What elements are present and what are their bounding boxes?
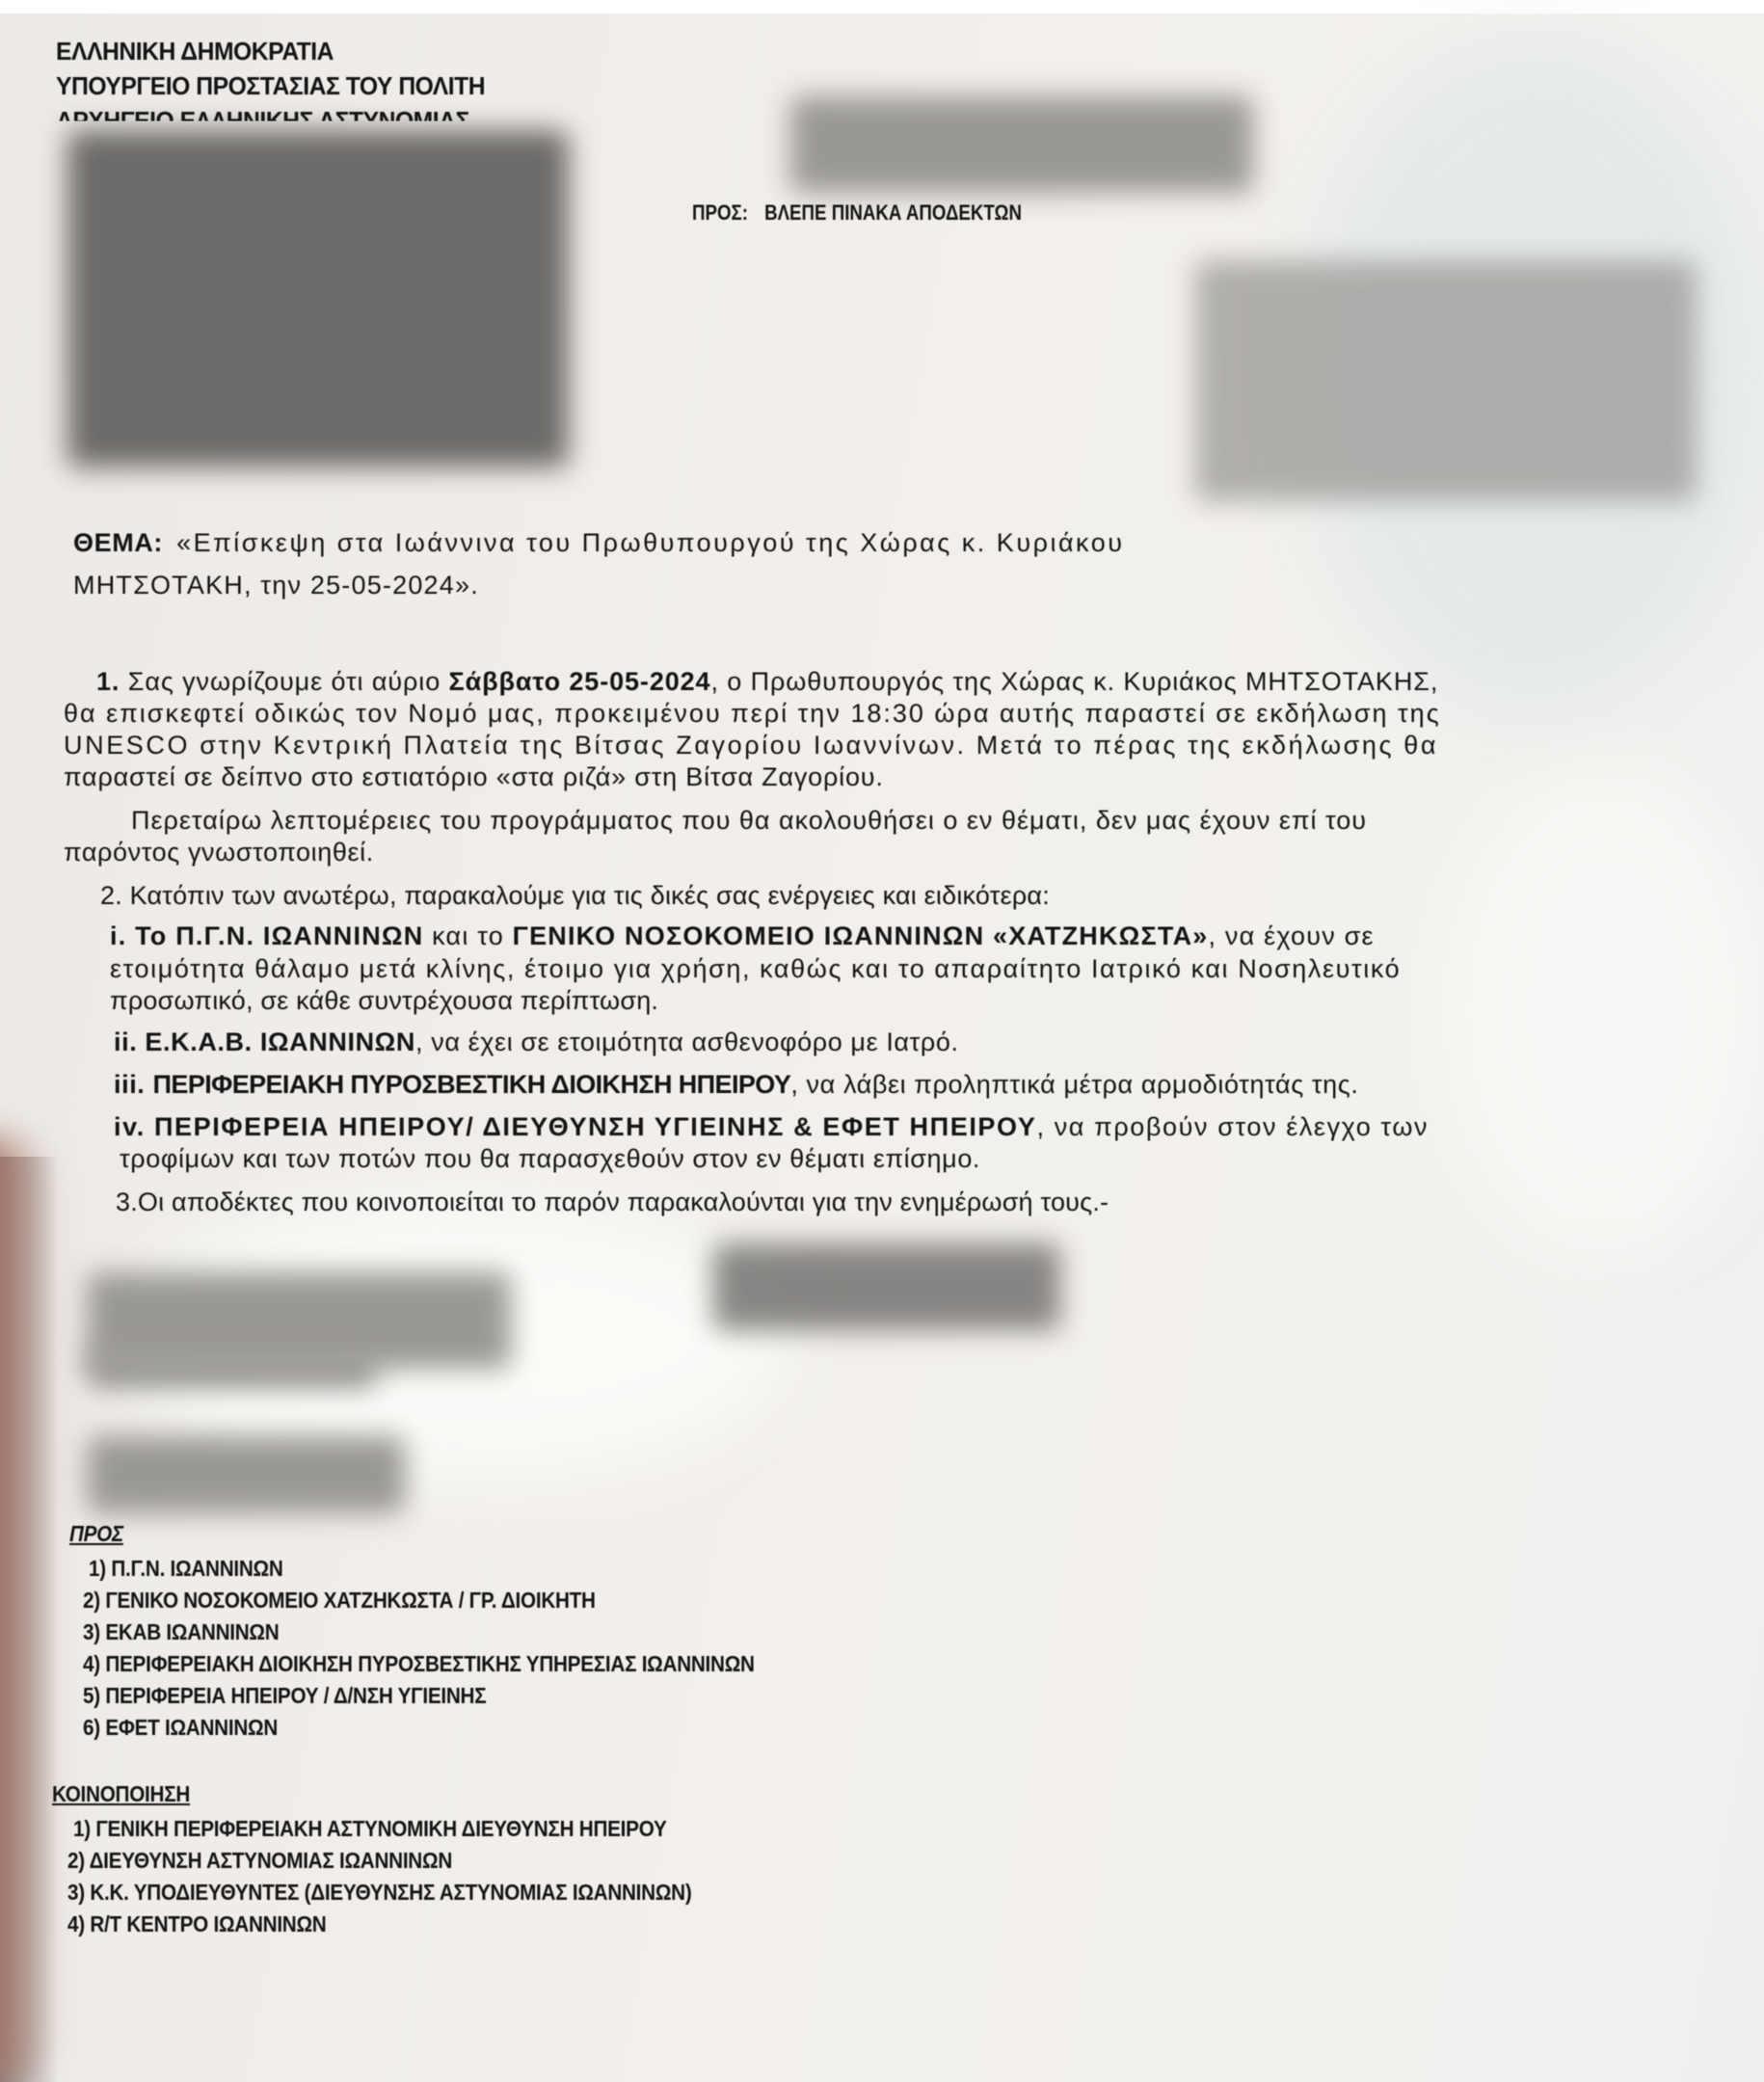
recipients-ref: ΠΡΟΣ: ΒΛΕΠΕ ΠΙΝΑΚΑ ΑΠΟΔΕΚΤΩΝ (692, 200, 1022, 226)
redacted-sender-block (67, 130, 569, 467)
item-ii: ii. Ε.Κ.Α.Β. ΙΩΑΝΝΙΝΩΝ, να έχει σε ετοιμ… (114, 1028, 959, 1057)
recipients-ref-label: ΠΡΟΣ: (692, 200, 748, 225)
cc-list-item: 4) R/T ΚΕΝΤΡΟ ΙΩΑΝΝΙΝΩΝ (67, 1911, 326, 1937)
para1-date: Σάββατο 25-05-2024 (449, 667, 711, 696)
para1-line-2: θα επισκεφτεί οδικώς τον Νομό μας, προκε… (64, 699, 1441, 729)
redacted-stamp (1195, 260, 1697, 501)
redacted-signature-left-2 (87, 1349, 376, 1388)
cc-list-item: 1) ΓΕΝΙΚΗ ΠΕΡΙΦΕΡΕΙΑΚΗ ΑΣΤΥΝΟΜΙΚΗ ΔΙΕΥΘΥ… (73, 1816, 667, 1842)
para1-text: Σας γνωρίζουμε ότι αύριο (128, 667, 449, 696)
redacted-signature-center (713, 1243, 1060, 1330)
subject-line-1: ΘΕΜΑ: «Επίσκεψη στα Ιωάννινα του Πρωθυπο… (73, 528, 1125, 558)
para1-line-3: UNESCO στην Κεντρική Πλατεία της Βίτσας … (64, 731, 1438, 761)
finger (0, 1137, 48, 2082)
item-ii-org: Ε.Κ.Α.Β. ΙΩΑΝΝΙΝΩΝ (145, 1028, 415, 1056)
para1-line-5: Περεταίρω λεπτομέρειες του προγράμματος … (131, 806, 1367, 836)
letterhead-line-2: ΥΠΟΥΡΓΕΙΟ ΠΡΟΣΤΑΣΙΑΣ ΤΟΥ ΠΟΛΙΤΗ (56, 71, 485, 101)
recipients-ref-value: ΒΛΕΠΕ ΠΙΝΑΚΑ ΑΠΟΔΕΚΤΩΝ (764, 200, 1022, 225)
to-list-item: 2) ΓΕΝΙΚΟ ΝΟΣΟΚΟΜΕΙΟ ΧΑΤΖΗΚΩΣΤΑ / ΓΡ. ΔΙ… (83, 1588, 596, 1614)
item-ii-text: , να έχει σε ετοιμότητα ασθενοφόρο με Ια… (415, 1028, 959, 1056)
item-iv-line-2: τροφίμων και των ποτών που θα παρασχεθού… (120, 1144, 980, 1174)
to-list-item: 6) ΕΦΕΤ ΙΩΑΝΝΙΝΩΝ (83, 1715, 278, 1741)
item-i-text: και το (423, 921, 512, 950)
to-list-item: 3) ΕΚΑΒ ΙΩΑΝΝΙΝΩΝ (83, 1619, 279, 1645)
item-iv-number: iv. (114, 1112, 146, 1141)
item-i-number: i. (110, 921, 126, 950)
para1-line-4: παραστεί σε δείπνο στο εστιατόριο «στα ρ… (64, 762, 884, 792)
redacted-date-block (790, 96, 1253, 193)
cc-list-title: ΚΟΙΝΟΠΟΙΗΣΗ (52, 1781, 190, 1807)
item-ii-number: ii. (114, 1028, 137, 1056)
item-i-line-2: ετοιμότητα θάλαμο μετά κλίνης, έτοιμο γι… (110, 954, 1401, 984)
cc-list-item: 2) ΔΙΕΥΘΥΝΣΗ ΑΣΤΥΝΟΜΙΑΣ ΙΩΑΝΝΙΝΩΝ (67, 1848, 452, 1874)
para1-line-6: παρόντος γνωστοποιηθεί. (64, 838, 374, 867)
para2-intro: 2. Κατόπιν των ανωτέρω, παρακαλούμε για … (100, 881, 1050, 911)
item-i-org-2: ΓΕΝΙΚΟ ΝΟΣΟΚΟΜΕΙΟ ΙΩΑΝΝΙΝΩΝ «ΧΑΤΖΗΚΩΣΤΑ» (513, 921, 1209, 950)
light-reflection (1446, 771, 1764, 1253)
item-iv-text: , να προβούν στον έλεγχο των (1037, 1112, 1430, 1141)
to-list-item: 4) ΠΕΡΙΦΕΡΕΙΑΚΗ ΔΙΟΙΚΗΣΗ ΠΥΡΟΣΒΕΣΤΙΚΗΣ Υ… (83, 1651, 755, 1677)
para1-text: , ο Πρωθυπουργός της Χώρας κ. Κυριάκος Μ… (710, 667, 1438, 696)
item-iv-line-1: iv. ΠΕΡΙΦΕΡΕΙΑ ΗΠΕΙΡΟΥ/ ΔΙΕΥΘΥΝΣΗ ΥΓΙΕΙΝ… (114, 1112, 1429, 1142)
item-i-org-1: Το Π.Γ.Ν. ΙΩΑΝΝΙΝΩΝ (135, 921, 423, 950)
to-list-item: 1) Π.Γ.Ν. ΙΩΑΝΝΙΝΩΝ (89, 1556, 283, 1582)
item-iii-org: ΠΕΡΙΦΕΡΕΙΑΚΗ ΠΥΡΟΣΒΕΣΤΙΚΗ ΔΙΟΙΚΗΣΗ ΗΠΕΙΡ… (153, 1070, 791, 1099)
redacted-signature-left-3 (87, 1436, 405, 1513)
para1-number: 1. (96, 667, 120, 696)
item-i-line-1: i. Το Π.Γ.Ν. ΙΩΑΝΝΙΝΩΝ και το ΓΕΝΙΚΟ ΝΟΣ… (110, 921, 1375, 951)
item-iii-text: , να λάβει προληπτικά μέτρα αρμοδιότητάς… (790, 1070, 1358, 1099)
item-i-line-3: προσωπικό, σε κάθε συντρέχουσα περίπτωση… (110, 986, 658, 1016)
item-iii: iii. ΠΕΡΙΦΕΡΕΙΑΚΗ ΠΥΡΟΣΒΕΣΤΙΚΗ ΔΙΟΙΚΗΣΗ … (114, 1070, 1359, 1100)
subject-text-1: «Επίσκεψη στα Ιωάννινα του Πρωθυπουργού … (176, 528, 1124, 557)
cc-list-item: 3) Κ.Κ. ΥΠΟΔΙΕΥΘΥΝΤΕΣ (ΔΙΕΥΘΥΝΣΗΣ ΑΣΤΥΝΟ… (67, 1880, 691, 1906)
item-iii-number: iii. (114, 1070, 145, 1099)
subject-line-2: ΜΗΤΣΟΤΑΚΗ, την 25-05-2024». (73, 571, 479, 601)
item-iv-org: ΠΕΡΙΦΕΡΕΙΑ ΗΠΕΙΡΟΥ/ ΔΙΕΥΘΥΝΣΗ ΥΓΙΕΙΝΗΣ &… (154, 1112, 1037, 1141)
subject-label: ΘΕΜΑ: (73, 528, 163, 557)
para3: 3.Οι αποδέκτες που κοινοποιείται το παρό… (116, 1188, 1109, 1217)
to-list-title: ΠΡΟΣ (69, 1521, 123, 1547)
para1-line-1: 1. Σας γνωρίζουμε ότι αύριο Σάββατο 25-0… (96, 667, 1438, 697)
top-edge (0, 0, 1764, 13)
letterhead-line-1: ΕΛΛΗΝΙΚΗ ΔΗΜΟΚΡΑΤΙΑ (56, 37, 334, 67)
item-i-text: , να έχουν σε (1209, 921, 1375, 950)
to-list-item: 5) ΠΕΡΙΦΕΡΕΙΑ ΗΠΕΙΡΟΥ / Δ/ΝΣΗ ΥΓΙΕΙΝΗΣ (83, 1683, 486, 1709)
